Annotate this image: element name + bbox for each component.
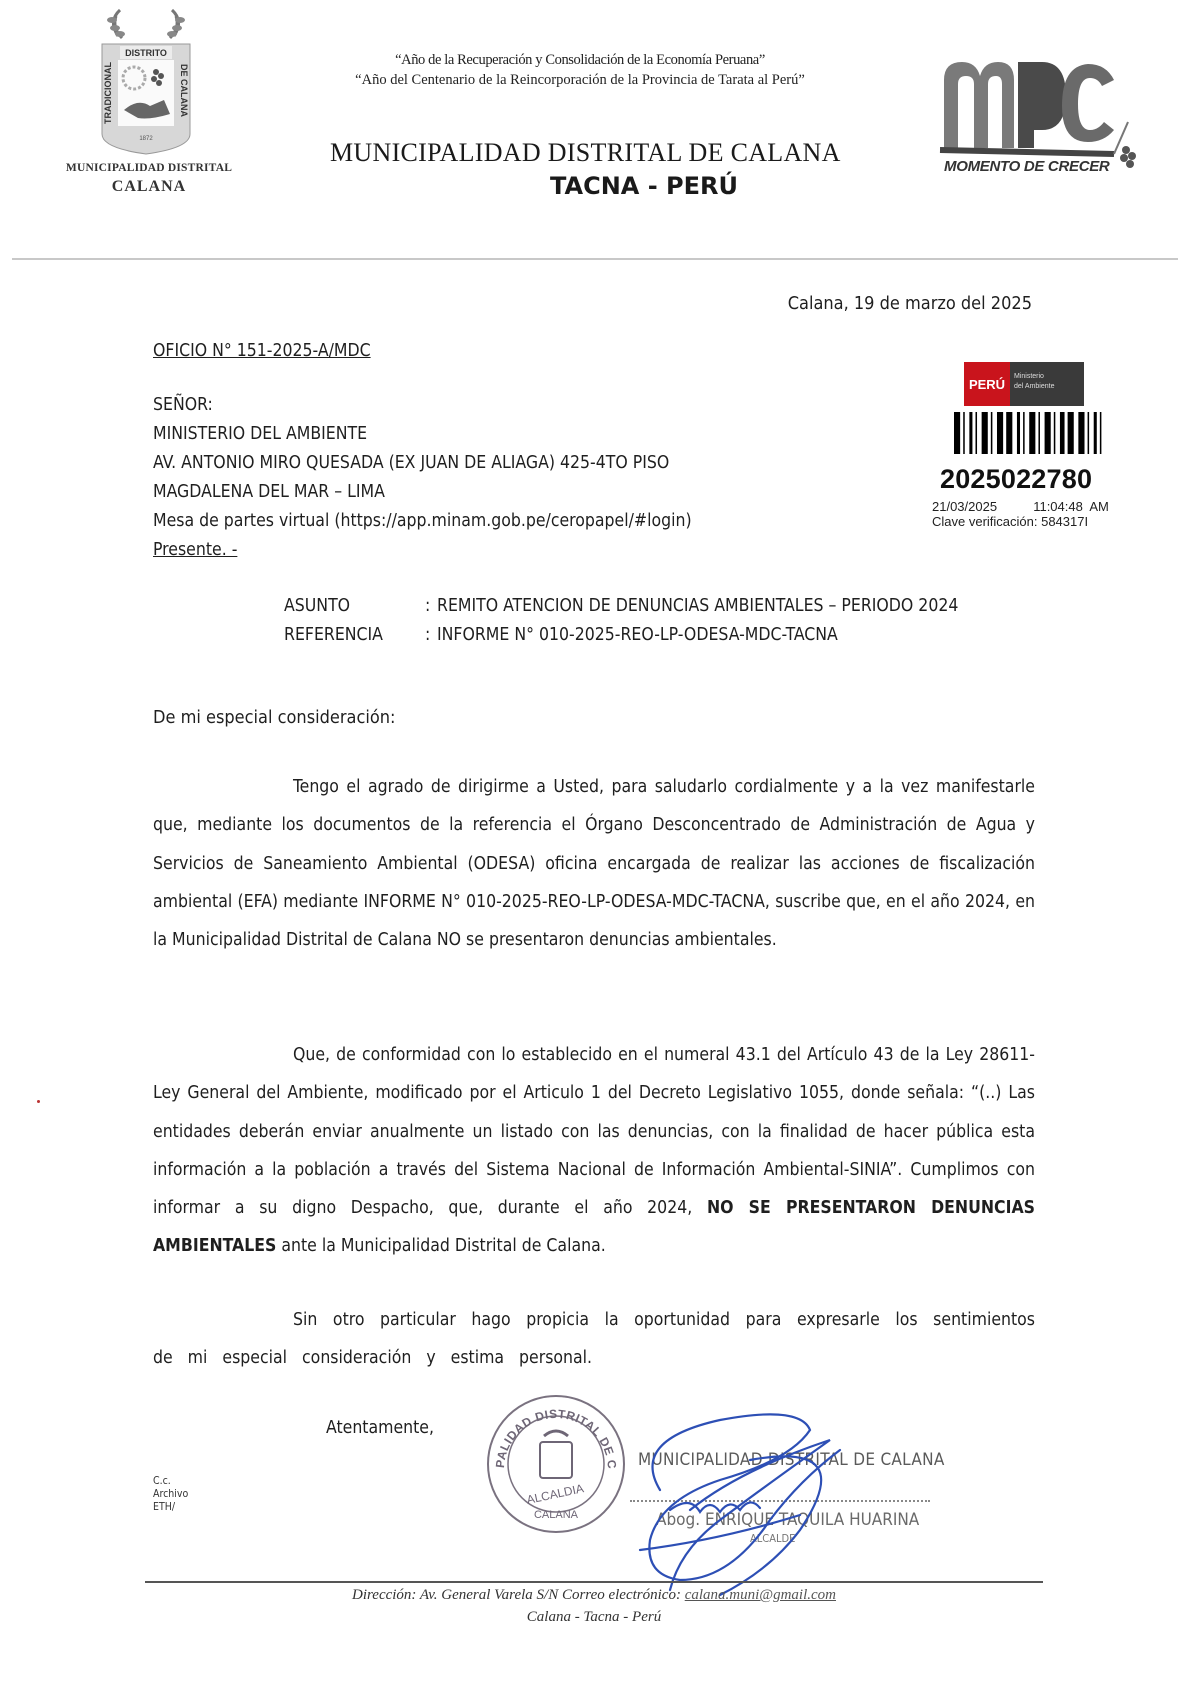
ministry-flag-badge: PERÚ Ministerio del Ambiente bbox=[964, 362, 1084, 406]
institution-location: TACNA - PERÚ bbox=[330, 172, 930, 200]
reference-value: INFORME N° 010-2025-REO-LP-ODESA-MDC-TAC… bbox=[437, 621, 1044, 650]
addressee-salutation: SEÑOR: bbox=[153, 391, 692, 420]
body-paragraph-2: Que, de conformidad con lo establecido e… bbox=[153, 1036, 1035, 1266]
addressee-street: AV. ANTONIO MIRO QUESADA (EX JUAN DE ALI… bbox=[153, 449, 692, 478]
addressee-virtual-desk: Mesa de partes virtual (https://app.mina… bbox=[153, 507, 692, 536]
registry-number: 2025022780 bbox=[940, 464, 1092, 495]
footer-email-link[interactable]: calana.muni@gmail.com bbox=[685, 1587, 836, 1603]
institution-title: MUNICIPALIDAD DISTRITAL DE CALANA bbox=[330, 138, 930, 168]
scan-artifact bbox=[37, 1100, 40, 1103]
municipal-crest-logo: DISTRITO TRADICIONAL DE CALANA 1872 bbox=[98, 6, 194, 156]
peru-country-label: PERÚ bbox=[964, 362, 1010, 406]
year-motto-1: “Año de la Recuperación y Consolidación … bbox=[280, 52, 880, 69]
presente-label: Presente. - bbox=[153, 536, 692, 565]
subject-row-asunto: ASUNTO : REMITO ATENCION DE DENUNCIAS AM… bbox=[284, 592, 1044, 621]
registry-time: 11:04:48 AM bbox=[1033, 499, 1109, 514]
footer-location: Calana - Tacna - Perú bbox=[145, 1609, 1043, 1626]
subject-row-referencia: REFERENCIA : INFORME N° 010-2025-REO-LP-… bbox=[284, 621, 1044, 650]
letter-date: Calana, 19 de marzo del 2025 bbox=[788, 293, 1032, 314]
verification-key: Clave verificación: 584317I bbox=[932, 514, 1088, 529]
svg-text:1872: 1872 bbox=[139, 136, 153, 142]
footer-address-text: Dirección: Av. General Varela S/N Correo… bbox=[352, 1587, 685, 1603]
greeting: De mi especial consideración: bbox=[153, 707, 396, 728]
cc-line: Archivo bbox=[153, 1488, 188, 1501]
svg-text:CALANA: CALANA bbox=[534, 1509, 579, 1521]
registry-date: 21/03/2025 bbox=[932, 499, 997, 514]
ministry-line-1: Ministerio bbox=[1014, 372, 1084, 382]
barcode-icon bbox=[954, 412, 1106, 454]
body-paragraph-3: Sin otro particular hago propicia la opo… bbox=[153, 1301, 1035, 1378]
crest-icon: DISTRITO TRADICIONAL DE CALANA 1872 bbox=[98, 6, 194, 156]
subject-label: ASUNTO bbox=[284, 592, 425, 621]
svg-text:DISTRITO: DISTRITO bbox=[125, 48, 167, 58]
ministry-label: Ministerio del Ambiente bbox=[1010, 362, 1084, 406]
registry-datetime: 21/03/2025 11:04:48 AM bbox=[932, 499, 1109, 514]
cc-line: ETH/ bbox=[153, 1501, 188, 1514]
ministry-line-2: del Ambiente bbox=[1014, 382, 1084, 392]
subject-value: REMITO ATENCION DE DENUNCIAS AMBIENTALES… bbox=[437, 592, 1044, 621]
paragraph-3-text: Sin otro particular hago propicia la opo… bbox=[153, 1310, 1035, 1368]
crest-caption-city: CALANA bbox=[60, 178, 238, 196]
subject-table: ASUNTO : REMITO ATENCION DE DENUNCIAS AM… bbox=[284, 592, 1044, 650]
closing: Atentamente, bbox=[326, 1418, 434, 1438]
reference-label: REFERENCIA bbox=[284, 621, 425, 650]
svg-text:TRADICIONAL: TRADICIONAL bbox=[103, 62, 113, 124]
year-motto-2: “Año del Centenario de la Reincorporació… bbox=[280, 72, 880, 89]
svg-text:DE CALANA: DE CALANA bbox=[179, 64, 189, 117]
paragraph-2-tail: ante la Municipalidad Distrital de Calan… bbox=[276, 1236, 605, 1256]
addressee-block: SEÑOR: MINISTERIO DEL AMBIENTE AV. ANTON… bbox=[153, 391, 692, 565]
footer-address: Dirección: Av. General Varela S/N Correo… bbox=[145, 1587, 1043, 1604]
carbon-copy-list: C.c. Archivo ETH/ bbox=[153, 1475, 188, 1514]
paragraph-1-text: Tengo el agrado de dirigirme a Usted, pa… bbox=[153, 777, 1035, 950]
header-divider bbox=[12, 258, 1178, 260]
footer-divider bbox=[145, 1581, 1043, 1583]
paragraph-2-text: Que, de conformidad con lo establecido e… bbox=[153, 1045, 1035, 1218]
crest-caption: MUNICIPALIDAD DISTRITAL bbox=[60, 162, 238, 174]
addressee-institution: MINISTERIO DEL AMBIENTE bbox=[153, 420, 692, 449]
handwritten-signature bbox=[600, 1400, 900, 1600]
oficio-number: OFICIO N° 151-2025-A/MDC bbox=[153, 341, 371, 361]
cc-line: C.c. bbox=[153, 1475, 188, 1488]
addressee-district: MAGDALENA DEL MAR – LIMA bbox=[153, 478, 692, 507]
svg-text:ALCALDIA: ALCALDIA bbox=[525, 1481, 585, 1507]
mdc-tagline: MOMENTO DE CRECER bbox=[944, 158, 1109, 175]
body-paragraph-1: Tengo el agrado de dirigirme a Usted, pa… bbox=[153, 768, 1035, 959]
